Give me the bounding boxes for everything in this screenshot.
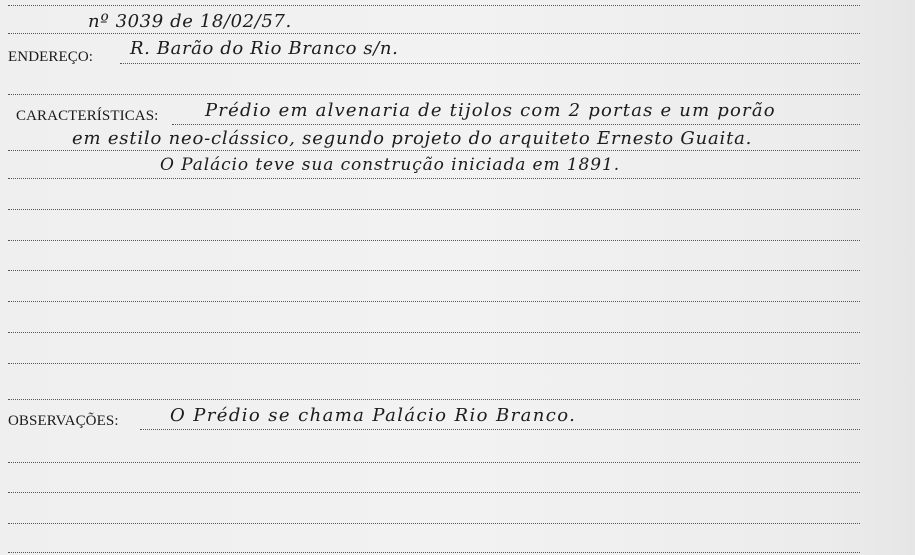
caracteristicas-label: CARACTERÍSTICAS: <box>16 108 158 125</box>
rule-line <box>8 363 860 364</box>
rule-line <box>8 33 860 34</box>
rule-line <box>8 5 860 6</box>
form-page: nº 3039 de 18/02/57. ENDEREÇO: R. Barão … <box>0 0 915 555</box>
rule-line <box>140 429 860 430</box>
rule-line <box>8 552 860 553</box>
endereco-label: ENDEREÇO: <box>8 49 93 66</box>
endereco-value: R. Barão do Rio Branco s/n. <box>130 38 398 59</box>
rule-line <box>8 492 860 493</box>
caracteristicas-line-3: O Palácio teve sua construção iniciada e… <box>160 155 620 175</box>
caracteristicas-line-1: Prédio em alvenaria de tijolos com 2 por… <box>205 100 776 121</box>
caracteristicas-line-2: em estilo neo-clássico, segundo projeto … <box>72 128 752 149</box>
rule-line <box>8 94 860 95</box>
observacoes-value: O Prédio se chama Palácio Rio Branco. <box>170 405 576 426</box>
rule-line <box>8 462 860 463</box>
rule-line <box>8 178 860 179</box>
rule-line <box>8 209 860 210</box>
rule-line <box>8 523 860 524</box>
registro-value: nº 3039 de 18/02/57. <box>88 11 292 32</box>
rule-line <box>8 301 860 302</box>
rule-line <box>8 399 860 400</box>
rule-line <box>8 150 860 151</box>
rule-line <box>8 332 860 333</box>
rule-line <box>120 63 860 64</box>
observacoes-label: OBSERVAÇÕES: <box>8 413 119 430</box>
rule-line <box>172 124 860 125</box>
rule-line <box>8 240 860 241</box>
rule-line <box>8 270 860 271</box>
